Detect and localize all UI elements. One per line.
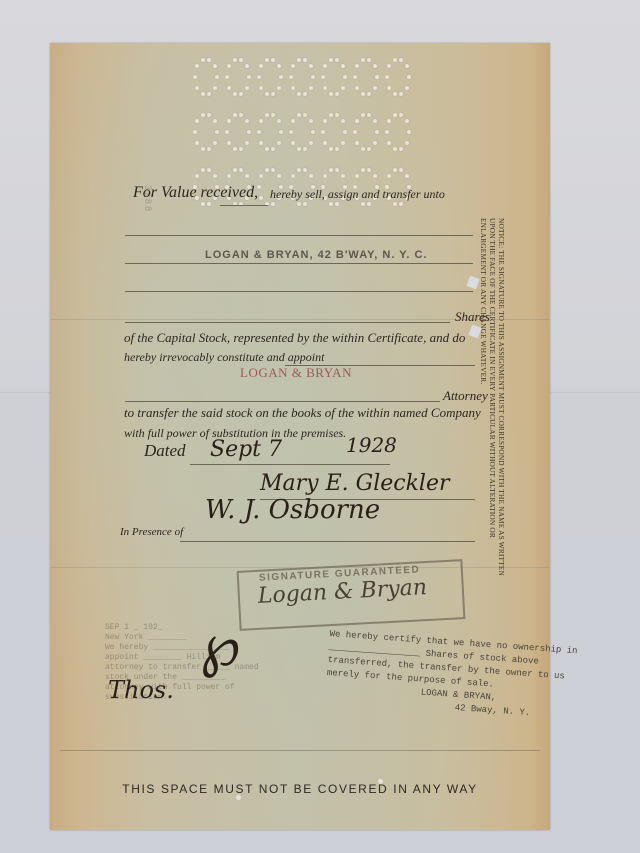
cancel-signature: Thos.	[108, 676, 174, 704]
in-presence-label: In Presence of	[120, 526, 183, 538]
stock-certificate-back: 3288 For Value received, hereby sell, as…	[50, 43, 550, 830]
hereby-constitute-text: hereby irrevocably constitute and appoin…	[124, 350, 324, 365]
capital-stock-text: of the Capital Stock, represented by the…	[124, 330, 465, 346]
footer-notice: THIS SPACE MUST NOT BE COVERED IN ANY WA…	[50, 782, 550, 796]
signature-notice: NOTICE: THE SIGNATURE TO THIS ASSIGNMENT…	[478, 218, 506, 588]
bottom-rule	[60, 750, 540, 751]
rule	[220, 205, 268, 206]
transferee-line-2	[125, 263, 473, 264]
signature-guaranteed-stamp: SIGNATURE GUARANTEED Logan & Bryan	[237, 559, 466, 631]
attorney-stamp: LOGAN & BRYAN	[240, 365, 352, 381]
hereby-sell-label: hereby sell, assign and transfer unto	[270, 187, 445, 202]
witness-line	[180, 541, 475, 542]
date-handwritten: Sept 7	[210, 437, 282, 462]
owner-signature: Mary E. Gleckler	[260, 471, 449, 496]
attorney-line	[125, 401, 440, 402]
dated-label: Dated	[144, 441, 186, 461]
shares-line	[125, 322, 450, 323]
transferee-stamp: LOGAN & BRYAN, 42 B'WAY, N. Y. C.	[205, 249, 427, 261]
notice-text: NOTICE: THE SIGNATURE TO THIS ASSIGNMENT…	[479, 218, 506, 588]
cancel-scribble: ℘	[200, 611, 240, 679]
transferee-line-1	[125, 235, 473, 236]
to-transfer-text: to transfer the said stock on the books …	[124, 405, 481, 421]
transferee-line-3	[125, 291, 473, 292]
date-year-handwritten: 1928	[346, 433, 397, 457]
for-value-received-label: For Value received,	[133, 184, 258, 202]
certification-stamp: We hereby certify that we have no owners…	[325, 628, 555, 722]
witness-signature: W. J. Osborne	[205, 495, 380, 525]
date-line	[190, 464, 390, 465]
